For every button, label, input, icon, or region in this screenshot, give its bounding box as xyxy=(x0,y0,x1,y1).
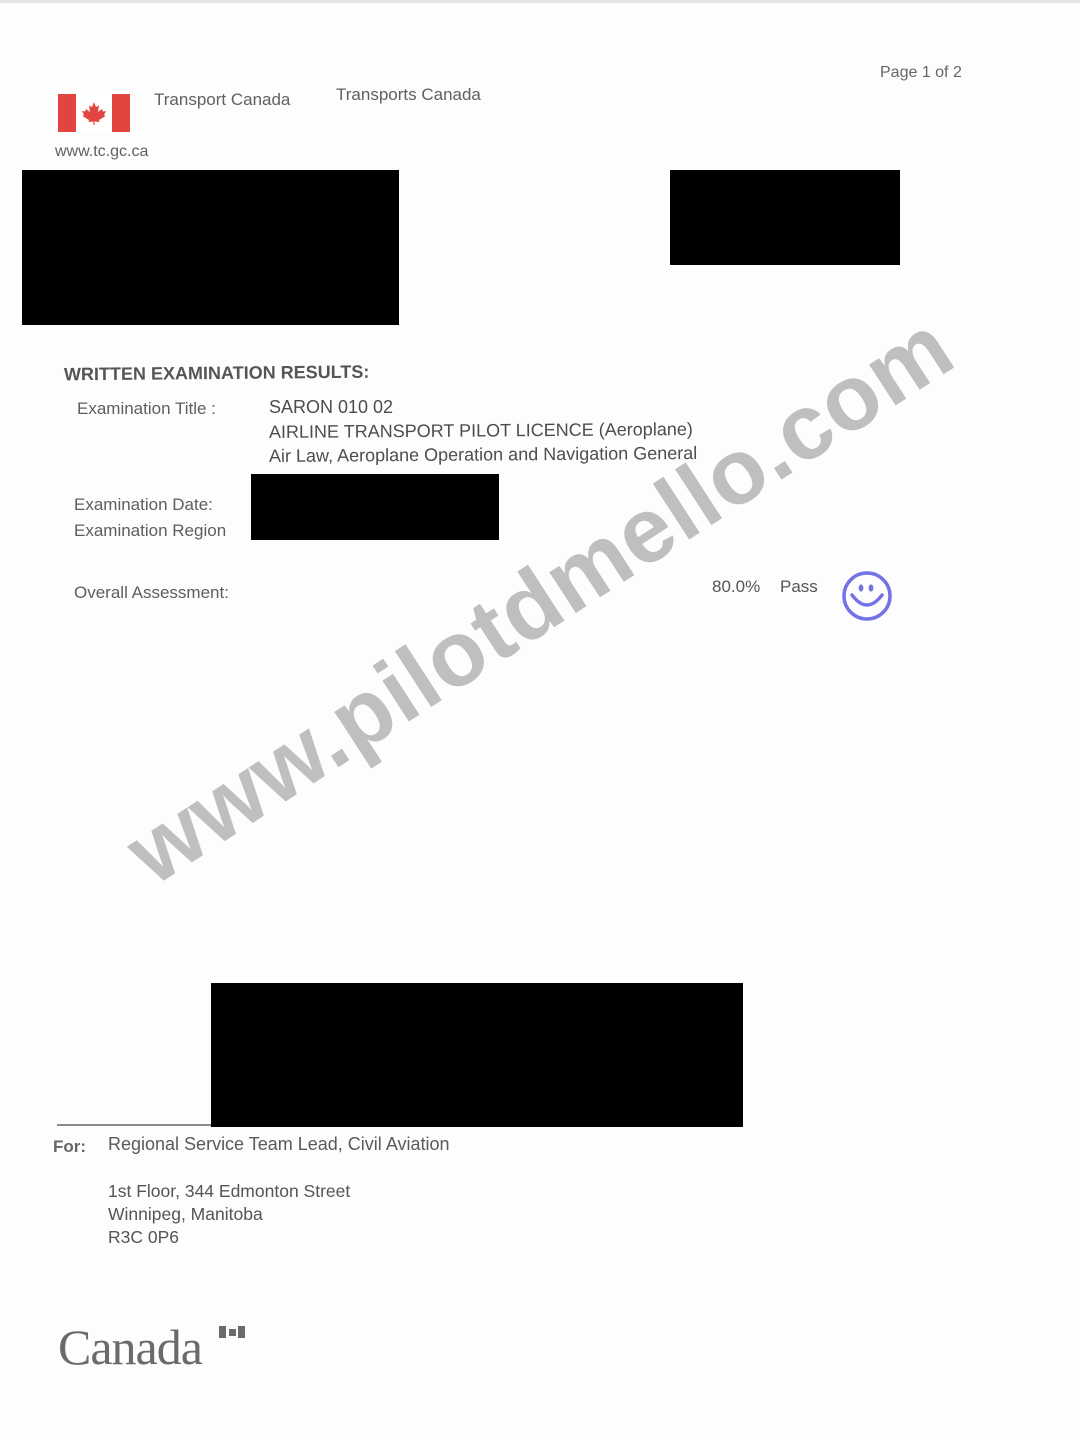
exam-region-label: Examination Region xyxy=(74,521,226,541)
exam-licence-type: AIRLINE TRANSPORT PILOT LICENCE (Aeropla… xyxy=(269,419,693,443)
signature-line xyxy=(57,1124,217,1126)
redacted-signature xyxy=(211,983,743,1127)
for-recipient: Regional Service Team Lead, Civil Aviati… xyxy=(108,1134,450,1155)
exam-subject: Air Law, Aeroplane Operation and Navigat… xyxy=(269,443,697,467)
redacted-recipient-block xyxy=(22,170,399,325)
section-title: WRITTEN EXAMINATION RESULTS: xyxy=(64,362,369,386)
smiley-face-icon xyxy=(840,569,894,623)
redacted-date-region xyxy=(251,474,499,540)
score-value: 80.0% xyxy=(712,577,760,597)
overall-assessment-label: Overall Assessment: xyxy=(74,583,229,603)
address-line-1: 1st Floor, 344 Edmonton Street xyxy=(108,1181,350,1202)
page-edge xyxy=(0,0,1080,3)
exam-date-label: Examination Date: xyxy=(74,495,213,515)
result-status: Pass xyxy=(780,577,818,597)
redacted-reference-block xyxy=(670,170,900,265)
canada-wordmark: Canada xyxy=(58,1318,202,1376)
website-url: www.tc.gc.ca xyxy=(55,143,148,161)
department-name-french: Transports Canada xyxy=(336,85,481,105)
address-line-2: Winnipeg, Manitoba xyxy=(108,1204,263,1225)
exam-code: SARON 010 02 xyxy=(269,397,393,418)
exam-title-label: Examination Title : xyxy=(77,399,216,419)
canada-flag-icon xyxy=(58,94,130,132)
wordmark-flag-icon xyxy=(219,1326,245,1338)
department-name-english: Transport Canada xyxy=(154,90,290,110)
address-line-3: R3C 0P6 xyxy=(108,1227,179,1248)
page-indicator: Page 1 of 2 xyxy=(880,64,962,82)
for-label: For: xyxy=(53,1137,86,1157)
